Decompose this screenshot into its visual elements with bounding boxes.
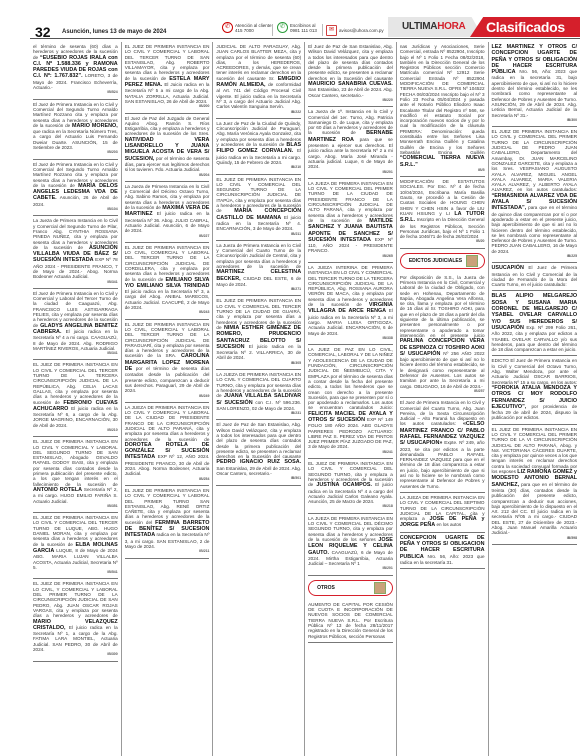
- legal-notice: LA JUEZA DE PRIMERA INSTANCIA EN LO CIVI…: [216, 370, 301, 420]
- column-4: El Juez de Paz de San Estanislao, Abg. W…: [305, 42, 397, 756]
- notice-text: nas Jurídicas y Asociaciones, Serie Come…: [400, 44, 485, 155]
- legal-notice: La Jueza de Primera Instancia en lo Civi…: [125, 182, 210, 243]
- notice-text: AUMENTO DE CAPITAL POR CESIÓN DE CUOTA E…: [308, 602, 393, 639]
- notice-details: Expte. Nº 249, año 2023, se cita por edi…: [400, 440, 485, 488]
- notice-details: para que en el término de quince días co…: [492, 205, 578, 253]
- notice-code: IB/271: [216, 287, 301, 292]
- notice-text: El Juez de Paz del Juzgado de General Aq…: [125, 116, 210, 137]
- notice-code: IB/241: [308, 450, 393, 455]
- legal-notice: el término de sesenta (60) días a herede…: [33, 42, 118, 100]
- notice-code: IB/300: [492, 118, 578, 123]
- notice-text: LA JUEZA DE PRIMERA INSTANCIA EN LO CIVI…: [308, 181, 393, 223]
- notice-details: en los autos: [436, 522, 461, 527]
- legal-notice: EL JUEZ DE PRIMERA INSTANCIA EN LO CIVIL…: [216, 175, 301, 241]
- brand-banner: ULTIMAHORA Clasificados: [388, 17, 580, 37]
- notice-code: IB/201: [308, 566, 393, 571]
- notice-code: IB/254: [125, 477, 210, 482]
- dateline: Asunción, lunes 13 de mayo de 2024: [62, 29, 166, 35]
- notice-text: EL JUEZ DE PRIMERA INSTANCIA EN LO CIVIL…: [33, 439, 118, 486]
- notice-text: EL JUEZ DE PRIMERA INSTANCIA EN LO CIVIL…: [492, 427, 578, 474]
- legal-notice: EL JUEZ DE PRIMERA INSTANCIA EN LO CIVIL…: [308, 459, 393, 514]
- contact-value: 415 7000: [235, 28, 254, 33]
- legal-notice: MODIFICACIÓN DE ESTATUTOS SOCIALES. Por …: [400, 177, 485, 249]
- notice-text: El Juez de Paz de San Estanislao, Abg. W…: [308, 44, 393, 81]
- legal-notice: Por disposición de S.S., la Jueza de Pri…: [400, 273, 485, 399]
- page-header: 32 Asunción, lunes 13 de mayo de 2024 ✆ …: [0, 0, 580, 38]
- notice-party-name: USUCAPIÓN: [492, 265, 524, 271]
- legal-notice: El Juez de Primera Instancia en lo Civil…: [33, 100, 118, 160]
- notice-details: San Estanislao, 29 de Abril de 2024. Abg…: [216, 466, 301, 476]
- divider: [272, 24, 273, 36]
- notice-code: IB/20: [400, 239, 485, 244]
- notice-code: IB/222: [216, 110, 301, 115]
- notice-details: Nº 256 AÑO 2022 bajo apercibimiento de q…: [400, 351, 485, 389]
- notice-code: IB/5: [400, 168, 485, 173]
- legal-notice: LA JUEZA DE PRIMERA INSTANCIA EN LO CIVI…: [125, 403, 210, 486]
- legal-notice: EL JUEZ DE PRIMERA INSTANCIA EN LO CIVIL…: [492, 425, 578, 545]
- notice-details: por el término de sesenta días contados …: [125, 366, 210, 393]
- contact-value: 0981 111 013: [290, 28, 317, 33]
- legal-notice: EDICTO El Juez de Primera Instancia en l…: [492, 356, 578, 424]
- legal-notice: EL JUEZ DE PRIMERA INSTANCIA EN LO CIVIL…: [125, 486, 210, 559]
- classifieds-columns: el término de sesenta (60) días a herede…: [30, 42, 580, 756]
- column-2: EL JUEZ DE PRIMERA INSTANCIA EN LO CIVIL…: [122, 42, 214, 756]
- legal-notice: LA JUEZA DE PRIMERA INSTANCIA EN LO CIVI…: [400, 493, 485, 533]
- section-label: EDICTOS JUDICIALES: [409, 258, 462, 264]
- legal-notice: EL JUEZ DE PRIMERA INSTANCIA EN LO CIVIL…: [125, 243, 210, 320]
- notice-details: San Estanislao, 23 de Abril de 2024. Abg…: [308, 87, 393, 97]
- notice-details: para que en el término de treinta (30) d…: [492, 482, 578, 536]
- customer-service-contact: ✆ Atención al cliente:415 7000: [222, 22, 273, 33]
- legal-notice: EL JUEZ DE PRIMERA INSTANCIA EN LO CIVIL…: [125, 320, 210, 403]
- legal-notice: nas Jurídicas y Asociaciones, Serie Come…: [400, 42, 485, 177]
- notice-code: IB/210: [33, 428, 118, 433]
- judicial-stamp-icon: [466, 255, 478, 267]
- notice-code: IB/257: [400, 389, 485, 394]
- notice-details: que radica en la Secretaría Número Tres,…: [33, 129, 118, 150]
- column-3: JUDICIAL DE ALTO PARAGUAY, Abg. JUAN CAR…: [213, 42, 305, 756]
- whatsapp-icon: ✆: [277, 22, 288, 33]
- notice-text: EDICTO El Juez de Primera Instancia en l…: [492, 358, 578, 384]
- legal-notice: El Juez de Primera Instancia en lo Civil…: [33, 289, 118, 361]
- legal-notice: EL JUEZ DE PRIMERA INSTANCIA EN LO CIVIL…: [125, 42, 210, 114]
- legal-notice: La Jueza de Primera Instancia en lo Civi…: [33, 216, 118, 289]
- notice-party-name: MAURICIO SANABRIA CUEVAS.: [308, 81, 393, 87]
- notice-code: IB/200: [125, 104, 210, 109]
- column-1: el término de sesenta (60) días a herede…: [30, 42, 122, 756]
- legal-notice: EL JUEZ DE PRIMERA INSTANCIA EN LO CIVIL…: [33, 437, 118, 513]
- legal-notice: La Jueza de Primera Instancia en lo Civi…: [216, 241, 301, 297]
- legal-notice: LA JUEZA INTERINA DE PRIMERA INSTANCIA E…: [308, 263, 393, 345]
- column-5: nas Jurídicas y Asociaciones, Serie Come…: [397, 42, 489, 756]
- notice-text: LA JUEZA INTERINA DE PRIMERA INSTANCIA E…: [308, 265, 393, 307]
- notice-code: IB/218: [308, 504, 393, 509]
- legal-notice: CONCEPCION UGARTE DE PEÑA Y OTROS S/ OBL…: [400, 533, 485, 569]
- notice-party-name: PEDRO IGNACIO RUIZ SOSA.: [216, 459, 301, 465]
- notice-code: IB/204: [125, 173, 210, 178]
- notice-code: IB/201: [308, 170, 393, 175]
- notice-code: IB/351: [33, 504, 118, 509]
- legal-notice: BLAS ALIPIO MELGAREJO SOSA Y SUSANA MARI…: [492, 291, 578, 356]
- legal-notice: El Juez de Paz del Juzgado de General Aq…: [125, 114, 210, 182]
- legal-notice: USUCAPIÓN El Juez de Primera Instancia e…: [492, 263, 578, 291]
- notice-details: Nro. 56, Año: 2023 que radica en la secr…: [492, 69, 578, 117]
- notice-code: IB/501: [216, 476, 301, 481]
- legal-notice: LA JUEZ DE PAZ EN LO CIVIL, COMERCIAL, L…: [308, 345, 393, 459]
- legal-notice: JUDICIAL DE ALTO PARAGUAY, Abg. JUAN CAR…: [216, 42, 301, 119]
- notice-code: IB/104: [33, 207, 118, 212]
- legal-notice: EL JUEZ DE PRIMERA INSTANCIA EN LO CIVIL…: [492, 127, 578, 263]
- legal-notice: EL JUEZ DE PRIMERA INSTANCIA EN LO CIVIL…: [33, 579, 118, 661]
- notice-party-name: “COMERCIAL TIERRA NUEVA S.R.L.”: [400, 155, 485, 167]
- header-rule: [30, 38, 580, 39]
- notice-code: IB/243: [125, 310, 210, 315]
- notice-code: IB/203: [33, 150, 118, 155]
- notice-code: IB/338: [308, 336, 393, 341]
- notice-text: EL JUEZ DE PRIMERA INSTANCIA EN LO CIVIL…: [33, 581, 118, 618]
- notice-code: IB/220: [308, 98, 393, 103]
- notice-party-name: JUSTINA OCAMPOS.: [316, 482, 372, 488]
- column-6: LEZ MARTINEZ Y OTROS C/ CONCEPCION UGART…: [489, 42, 580, 756]
- notice-text: La Jueza de Primera Instancia en lo Civi…: [216, 243, 301, 269]
- notice-code: IB/598: [492, 536, 578, 541]
- notice-text: LA JUEZA DE PRIMERA INSTANCIA EN LO CIVI…: [125, 405, 210, 442]
- notice-text: LA JUEZ DE PAZ EN LO CIVIL, COMERCIAL, L…: [308, 347, 393, 410]
- section-header: EDICTOS JUDICIALES: [400, 253, 485, 269]
- notice-code: IB/211: [125, 549, 210, 554]
- notice-code: IB/231: [216, 411, 301, 416]
- notice-code: IB/300: [33, 652, 118, 657]
- legal-notice: AUMENTO DE CAPITAL POR CESIÓN DE CUOTA E…: [308, 600, 393, 643]
- notice-code: IB/341: [33, 280, 118, 285]
- phone-icon: ✆: [222, 22, 233, 33]
- brand-logo: ULTIMAHORA: [402, 21, 465, 32]
- legal-notice: El Juez de Primera Instancia en lo Civil…: [33, 160, 118, 217]
- notice-code: IB/227: [125, 234, 210, 239]
- whatsapp-contact: ✆ Escribinos al0981 111 013: [277, 22, 317, 33]
- section-title: Clasificados: [486, 19, 565, 35]
- notice-code: IB/211: [216, 232, 301, 237]
- section-header: OTROS: [308, 580, 393, 596]
- legal-notice: La Jueza de 1ª. Instancia en lo Civil y …: [308, 107, 393, 179]
- legal-notice: El Juez de Paz de San Estanislao, Abg. W…: [216, 420, 301, 485]
- legal-notice: La Juez de Paz de la Ciudad de Quiindy, …: [216, 119, 301, 175]
- legal-notice: El Juez de Primera Instancia en lo Civil…: [400, 398, 485, 493]
- section-label: OTROS: [317, 585, 335, 591]
- notice-code: IB/524: [33, 90, 118, 95]
- legal-notice: LA JUEZA DE PRIMERA INSTANCIA EN LO CIVI…: [308, 514, 393, 576]
- others-section-icon: [374, 582, 386, 594]
- notice-text: EL JUEZ DE PRIMERA INSTANCIA EN LO CIVIL…: [33, 362, 118, 404]
- notice-text: Por disposición de S.S., la Jueza de Pri…: [400, 275, 485, 338]
- notice-details: El juicio radica en la Secretaría Nº 3, …: [125, 289, 210, 310]
- notice-code: IB/541: [33, 570, 118, 575]
- contact-value: avisos@uhora.com.py: [339, 28, 384, 33]
- brand-logo-right: HORA: [437, 21, 465, 32]
- notice-party-name: MARIO MORENO,: [72, 123, 118, 129]
- email-contact: ✉ avisos@uhora.com.py: [326, 25, 384, 36]
- notice-code: IB/249: [125, 394, 210, 399]
- divider: [322, 24, 323, 36]
- notice-code: IB/265: [308, 254, 393, 259]
- notice-code: IB/341: [33, 351, 118, 356]
- brand-logo-left: ULTIMA: [402, 21, 437, 32]
- notice-code: IB/225: [492, 254, 578, 259]
- email-icon: ✉: [326, 25, 337, 36]
- notice-code: IB/305: [216, 361, 301, 366]
- legal-notice: El Juez de Paz de San Estanislao, Abg. W…: [308, 42, 393, 107]
- notice-code: IB/210: [216, 165, 301, 170]
- legal-notice: LEZ MARTINEZ Y OTROS C/ CONCEPCION UGART…: [492, 42, 578, 127]
- legal-notice: EL JUEZ DE PRIMERA INSTANCIA EN LO CIVIL…: [33, 360, 118, 437]
- notice-text: EL JUEZ DE PRIMERA INSTANCIA EN LO CIVIL…: [492, 129, 578, 192]
- legal-notice: EL JUEZ DE PRIMERA INSTANCIA EN LO CIVIL…: [216, 296, 301, 370]
- legal-notice: EL JUEZ DE PRIMERA INSTANCIA EN LO CIVIL…: [33, 513, 118, 579]
- notice-text: El Juez de Paz de San Estanislao, Abg. W…: [216, 422, 301, 459]
- legal-notice: LA JUEZA DE PRIMERA INSTANCIA EN LO CIVI…: [308, 179, 393, 263]
